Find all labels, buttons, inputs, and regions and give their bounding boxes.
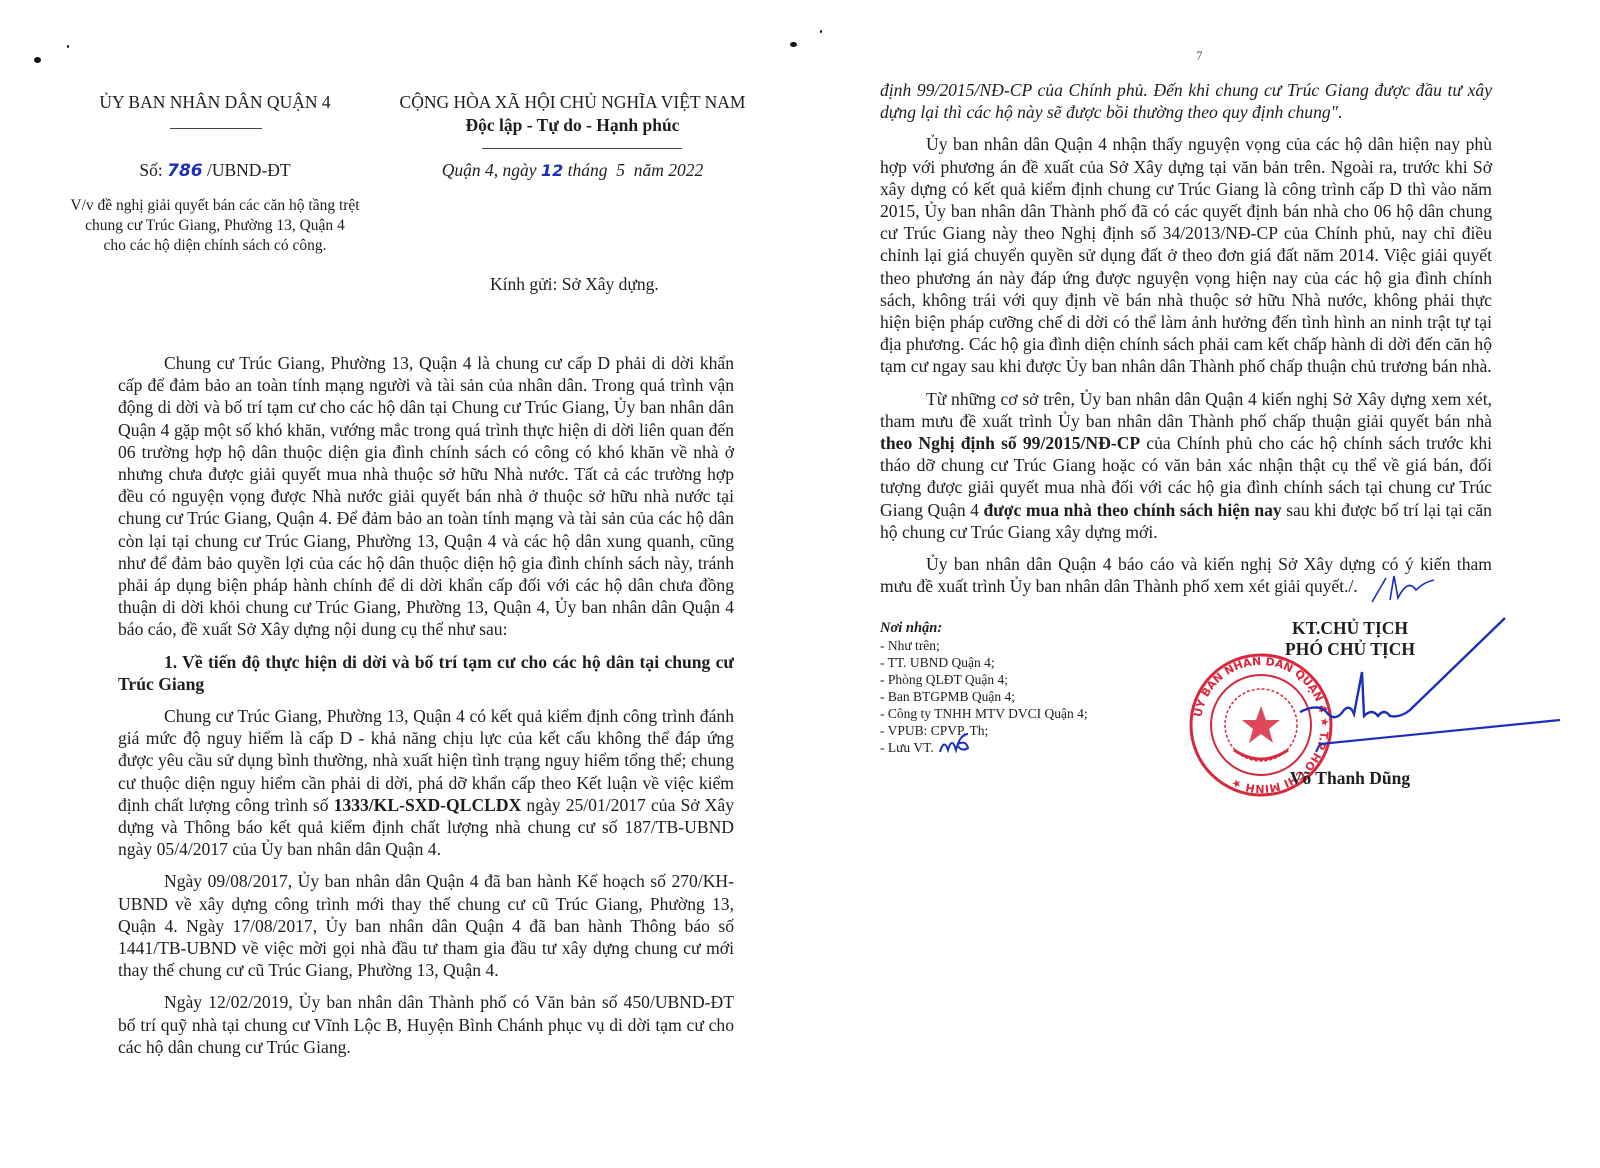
subject-line: cho các hộ diện chính sách có công. [55, 236, 375, 256]
scan-speck [67, 45, 69, 48]
scan-speck [790, 42, 797, 47]
paragraph: Ngày 12/02/2019, Ủy ban nhân dân Thành p… [118, 991, 734, 1058]
document-number: Số: 786 /UBND-ĐT [60, 160, 370, 181]
national-title: CỘNG HÒA XÃ HỘI CHỦ NGHĨA VIỆT NAM [375, 92, 770, 113]
recipients-block: Nơi nhận: - Như trên; - TT. UBND Quận 4;… [880, 620, 1088, 756]
issuing-agency: ỦY BAN NHÂN DÂN QUẬN 4 [60, 92, 370, 113]
paragraph: Ngày 09/08/2017, Ủy ban nhân dân Quận 4 … [118, 870, 734, 981]
handwritten-day: 12 [541, 161, 563, 180]
recipient-item: - TT. UBND Quận 4; [880, 654, 1088, 671]
agency-underline [170, 128, 262, 129]
date-prefix: Quận 4, ngày [442, 160, 537, 180]
policy-emphasis: được mua nhà theo chính sách hiện nay [983, 500, 1281, 520]
section-heading: 1. Về tiến độ thực hiện di dời và bố trí… [118, 651, 734, 695]
national-motto: Độc lập - Tự do - Hạnh phúc [375, 115, 770, 136]
recipient-item: - Ban BTGPMB Quận 4; [880, 688, 1088, 705]
doc-number-suffix: /UBND-ĐT [207, 160, 291, 180]
text-run: Từ những cơ sở trên, Ủy ban nhân dân Quậ… [880, 389, 1492, 431]
subject-line: V/v đề nghị giải quyết bán các căn hộ tầ… [55, 196, 375, 216]
clerk-initials-icon [938, 730, 974, 756]
subject-line: chung cư Trúc Giang, Phường 13, Quận 4 [55, 216, 375, 236]
doc-number-prefix: Số: [139, 160, 162, 180]
body-left: Chung cư Trúc Giang, Phường 13, Quận 4 l… [118, 352, 734, 1058]
addressee: Kính gửi: Sở Xây dựng. [490, 274, 659, 295]
document-date: Quận 4, ngày 12 tháng 5 năm 2022 [375, 160, 770, 181]
paragraph: Chung cư Trúc Giang, Phường 13, Quận 4 l… [118, 352, 734, 641]
signer-name: Võ Thanh Dũng [1240, 768, 1460, 789]
scan-speck [34, 57, 41, 63]
handwritten-doc-number: 786 [167, 161, 203, 181]
paragraph: Ủy ban nhân dân Quận 4 nhận thấy nguyện … [880, 133, 1492, 377]
recipient-item: - Phòng QLĐT Quận 4; [880, 671, 1088, 688]
reference-number: 1333/KL-SXD-QLCLDX [334, 795, 522, 815]
page-number: 7 [1196, 48, 1203, 64]
recipient-item: - Công ty TNHH MTV DVCI Quận 4; [880, 705, 1088, 722]
date-suffix: tháng 5 năm 2022 [568, 160, 704, 180]
signature-icon [1280, 612, 1570, 762]
recipient-item: - VPUB: CPVP, Th; [880, 722, 1088, 739]
decree-reference: theo Nghị định số 99/2015/NĐ-CP [880, 433, 1140, 453]
paragraph: Chung cư Trúc Giang, Phường 13, Quận 4 c… [118, 705, 734, 860]
recipient-item: - Lưu VT. [880, 739, 1088, 756]
subject-summary: V/v đề nghị giải quyết bán các căn hộ tầ… [55, 196, 375, 256]
document-page-left: ỦY BAN NHÂN DÂN QUẬN 4 Số: 786 /UBND-ĐT … [0, 0, 800, 1168]
quote-continuation: định 99/2015/NĐ-CP của Chính phủ. Đến kh… [880, 79, 1492, 123]
initial-scribble-icon [1368, 572, 1438, 608]
recipient-item: - Như trên; [880, 637, 1088, 654]
motto-underline [482, 148, 682, 149]
recipients-title: Nơi nhận: [880, 620, 1088, 637]
paragraph: Từ những cơ sở trên, Ủy ban nhân dân Quậ… [880, 388, 1492, 543]
body-right: định 99/2015/NĐ-CP của Chính phủ. Đến kh… [880, 79, 1492, 597]
document-page-right: 7 định 99/2015/NĐ-CP của Chính phủ. Đến … [800, 0, 1600, 1168]
scan-speck [820, 30, 822, 33]
